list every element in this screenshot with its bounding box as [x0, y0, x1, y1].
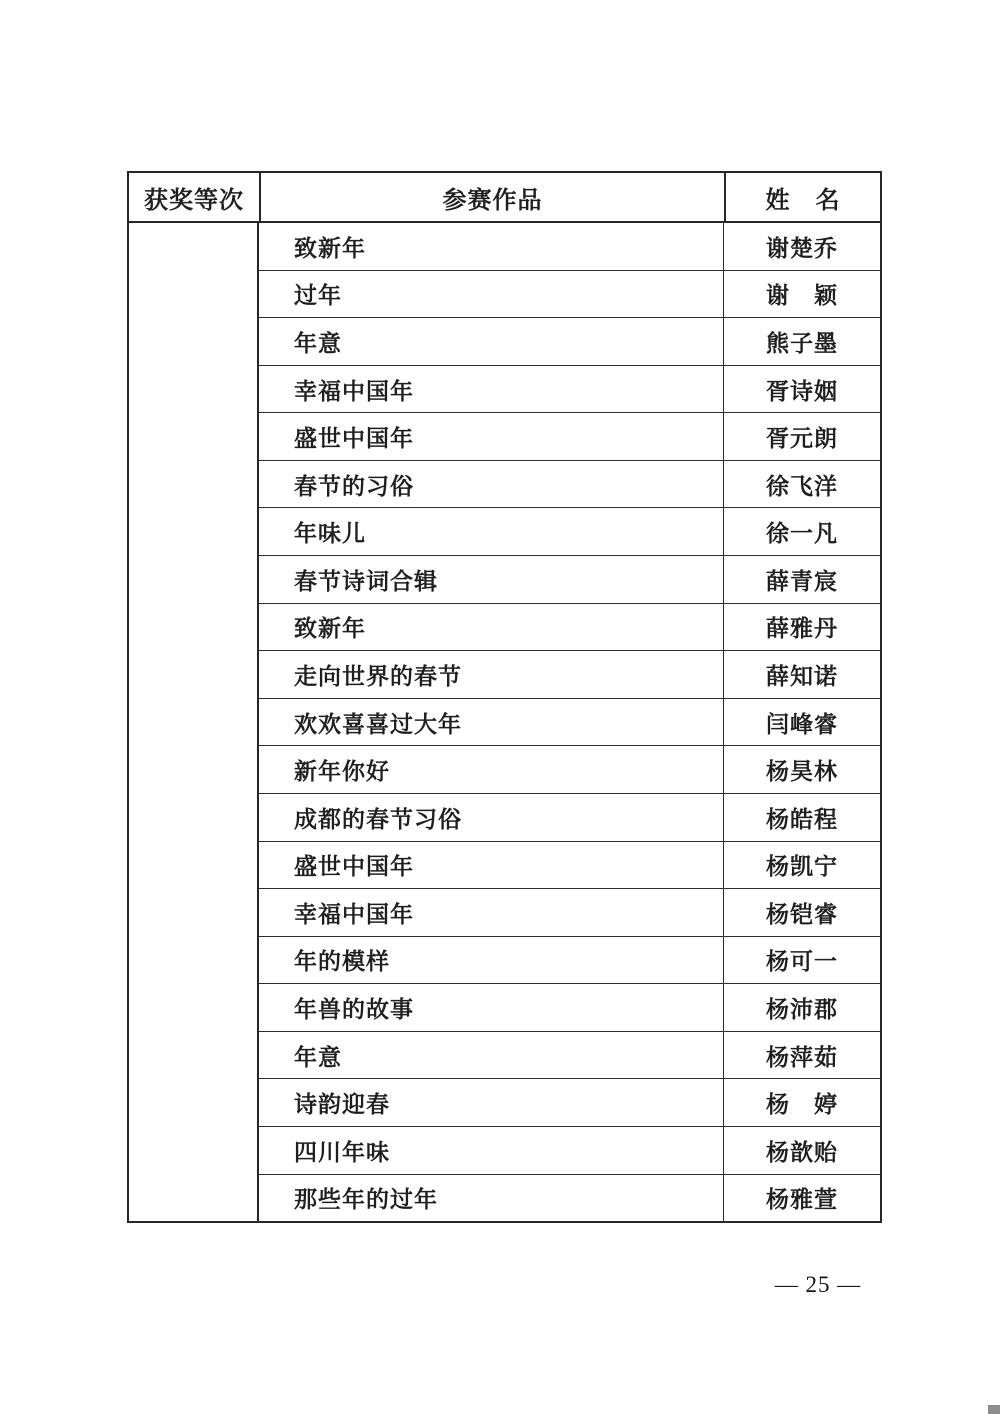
table-row: 欢欢喜喜过大年 闫峰睿	[259, 699, 880, 747]
name-cell: 胥诗姻	[724, 366, 880, 413]
table-row: 春节诗词合辑 薛青宸	[259, 556, 880, 604]
table-row: 四川年味 杨歆贻	[259, 1127, 880, 1175]
table-row: 年兽的故事 杨沛郡	[259, 984, 880, 1032]
name-cell: 薛知诺	[724, 651, 880, 698]
name-cell: 徐飞洋	[724, 461, 880, 508]
scan-artifact	[988, 1405, 1000, 1414]
entry-title-cell: 年的模样	[259, 937, 724, 984]
award-level-merged-cell	[129, 223, 259, 1221]
table-row: 年的模样 杨可一	[259, 937, 880, 985]
entry-title-cell: 年味儿	[259, 508, 724, 555]
name-cell: 杨昊林	[724, 746, 880, 793]
name-cell: 胥元朗	[724, 413, 880, 460]
entry-title-cell: 致新年	[259, 223, 724, 270]
name-cell: 闫峰睿	[724, 699, 880, 746]
entry-title-cell: 春节诗词合辑	[259, 556, 724, 603]
header-name: 姓 名	[724, 173, 880, 221]
entry-title-cell: 走向世界的春节	[259, 651, 724, 698]
name-cell: 杨可一	[724, 937, 880, 984]
document-page: 获奖等次 参赛作品 姓 名 致新年 谢楚乔 过年 谢 颖 年意 熊子墨 幸福中国…	[0, 0, 1000, 1414]
name-cell: 杨萍茹	[724, 1032, 880, 1079]
table-row: 走向世界的春节 薛知诺	[259, 651, 880, 699]
name-cell: 杨歆贻	[724, 1127, 880, 1174]
table-row: 年意 杨萍茹	[259, 1032, 880, 1080]
table-row: 新年你好 杨昊林	[259, 746, 880, 794]
table-row: 幸福中国年 杨铠睿	[259, 889, 880, 937]
entry-title-cell: 那些年的过年	[259, 1175, 724, 1222]
entry-title-cell: 幸福中国年	[259, 366, 724, 413]
page-number: — 25 —	[763, 1272, 873, 1298]
entry-title-cell: 盛世中国年	[259, 842, 724, 889]
entry-title-cell: 新年你好	[259, 746, 724, 793]
entry-title-cell: 年意	[259, 318, 724, 365]
table-row: 幸福中国年 胥诗姻	[259, 366, 880, 414]
entry-title-cell: 幸福中国年	[259, 889, 724, 936]
award-table: 获奖等次 参赛作品 姓 名 致新年 谢楚乔 过年 谢 颖 年意 熊子墨 幸福中国…	[127, 171, 882, 1223]
name-cell: 杨铠睿	[724, 889, 880, 936]
entry-title-cell: 过年	[259, 271, 724, 318]
table-rows: 致新年 谢楚乔 过年 谢 颖 年意 熊子墨 幸福中国年 胥诗姻 盛世中国年 胥元…	[259, 223, 880, 1221]
table-row: 过年 谢 颖	[259, 271, 880, 319]
entry-title-cell: 盛世中国年	[259, 413, 724, 460]
name-cell: 杨皓程	[724, 794, 880, 841]
table-row: 年意 熊子墨	[259, 318, 880, 366]
table-row: 成都的春节习俗 杨皓程	[259, 794, 880, 842]
entry-title-cell: 致新年	[259, 604, 724, 651]
table-row: 盛世中国年 胥元朗	[259, 413, 880, 461]
table-row: 致新年 谢楚乔	[259, 223, 880, 271]
table-row: 盛世中国年 杨凯宁	[259, 842, 880, 890]
table-row: 春节的习俗 徐飞洋	[259, 461, 880, 509]
name-cell: 谢楚乔	[724, 223, 880, 270]
table-row: 年味儿 徐一凡	[259, 508, 880, 556]
entry-title-cell: 年兽的故事	[259, 984, 724, 1031]
name-cell: 杨凯宁	[724, 842, 880, 889]
entry-title-cell: 欢欢喜喜过大年	[259, 699, 724, 746]
entry-title-cell: 成都的春节习俗	[259, 794, 724, 841]
table-body: 致新年 谢楚乔 过年 谢 颖 年意 熊子墨 幸福中国年 胥诗姻 盛世中国年 胥元…	[129, 223, 880, 1221]
name-cell: 熊子墨	[724, 318, 880, 365]
name-cell: 杨 婷	[724, 1079, 880, 1126]
table-row: 致新年 薛雅丹	[259, 604, 880, 652]
name-cell: 薛雅丹	[724, 604, 880, 651]
header-award-level: 获奖等次	[129, 173, 259, 221]
name-cell: 薛青宸	[724, 556, 880, 603]
table-header-row: 获奖等次 参赛作品 姓 名	[129, 173, 880, 223]
name-cell: 杨沛郡	[724, 984, 880, 1031]
entry-title-cell: 四川年味	[259, 1127, 724, 1174]
entry-title-cell: 春节的习俗	[259, 461, 724, 508]
entry-title-cell: 年意	[259, 1032, 724, 1079]
table-row: 那些年的过年 杨雅萱	[259, 1175, 880, 1222]
header-entry-title: 参赛作品	[259, 173, 724, 221]
name-cell: 徐一凡	[724, 508, 880, 555]
entry-title-cell: 诗韵迎春	[259, 1079, 724, 1126]
name-cell: 谢 颖	[724, 271, 880, 318]
name-cell: 杨雅萱	[724, 1175, 880, 1222]
table-row: 诗韵迎春 杨 婷	[259, 1079, 880, 1127]
